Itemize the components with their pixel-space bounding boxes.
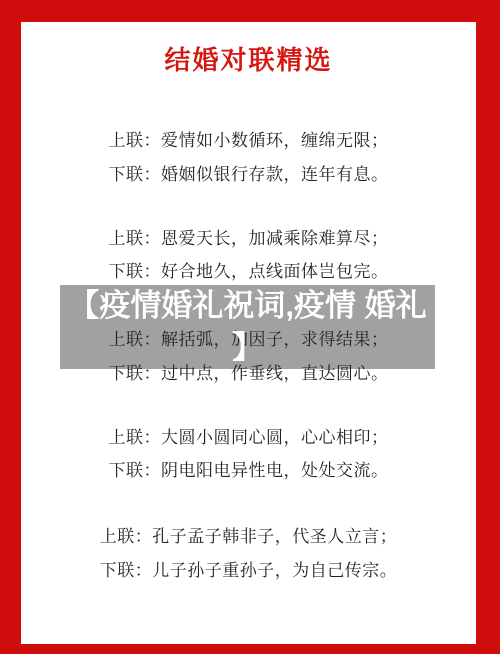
couplet-4-second-line: 下联：阴电阳电异性电，处处交流。 bbox=[21, 459, 476, 483]
couplet-5-first-line: 上联：孔子孟子韩非子，代圣人立言； bbox=[21, 525, 476, 549]
couplet-2-second-line: 下联：好合地久，点线面体岂包完。 bbox=[21, 260, 476, 284]
couplet-1-first-line: 上联：爱情如小数循环，缠绵无限； bbox=[21, 129, 476, 153]
watermark-band bbox=[60, 285, 435, 369]
couplet-4-first-line: 上联：大圆小圆同心圆，心心相印； bbox=[21, 426, 476, 450]
couplet-5-second-line: 下联：儿子孙子重孙子，为自己传宗。 bbox=[21, 559, 476, 583]
page-title: 结婚对联精选 bbox=[21, 44, 476, 76]
couplet-1-second-line: 下联：婚姻似银行存款，连年有息。 bbox=[21, 163, 476, 187]
page-background: 结婚对联精选 上联：爱情如小数循环，缠绵无限； 下联：婚姻似银行存款，连年有息。… bbox=[0, 0, 500, 654]
couplet-3-second-line: 下联：过中点，作垂线，直达圆心。 bbox=[21, 362, 476, 386]
couplet-2-first-line: 上联：恩爱天长，加减乘除难算尽； bbox=[21, 227, 476, 251]
couplet-3-first-line: 上联：解括弧，加因子，求得结果； bbox=[21, 328, 476, 352]
content-card: 结婚对联精选 上联：爱情如小数循环，缠绵无限； 下联：婚姻似银行存款，连年有息。… bbox=[21, 22, 476, 644]
